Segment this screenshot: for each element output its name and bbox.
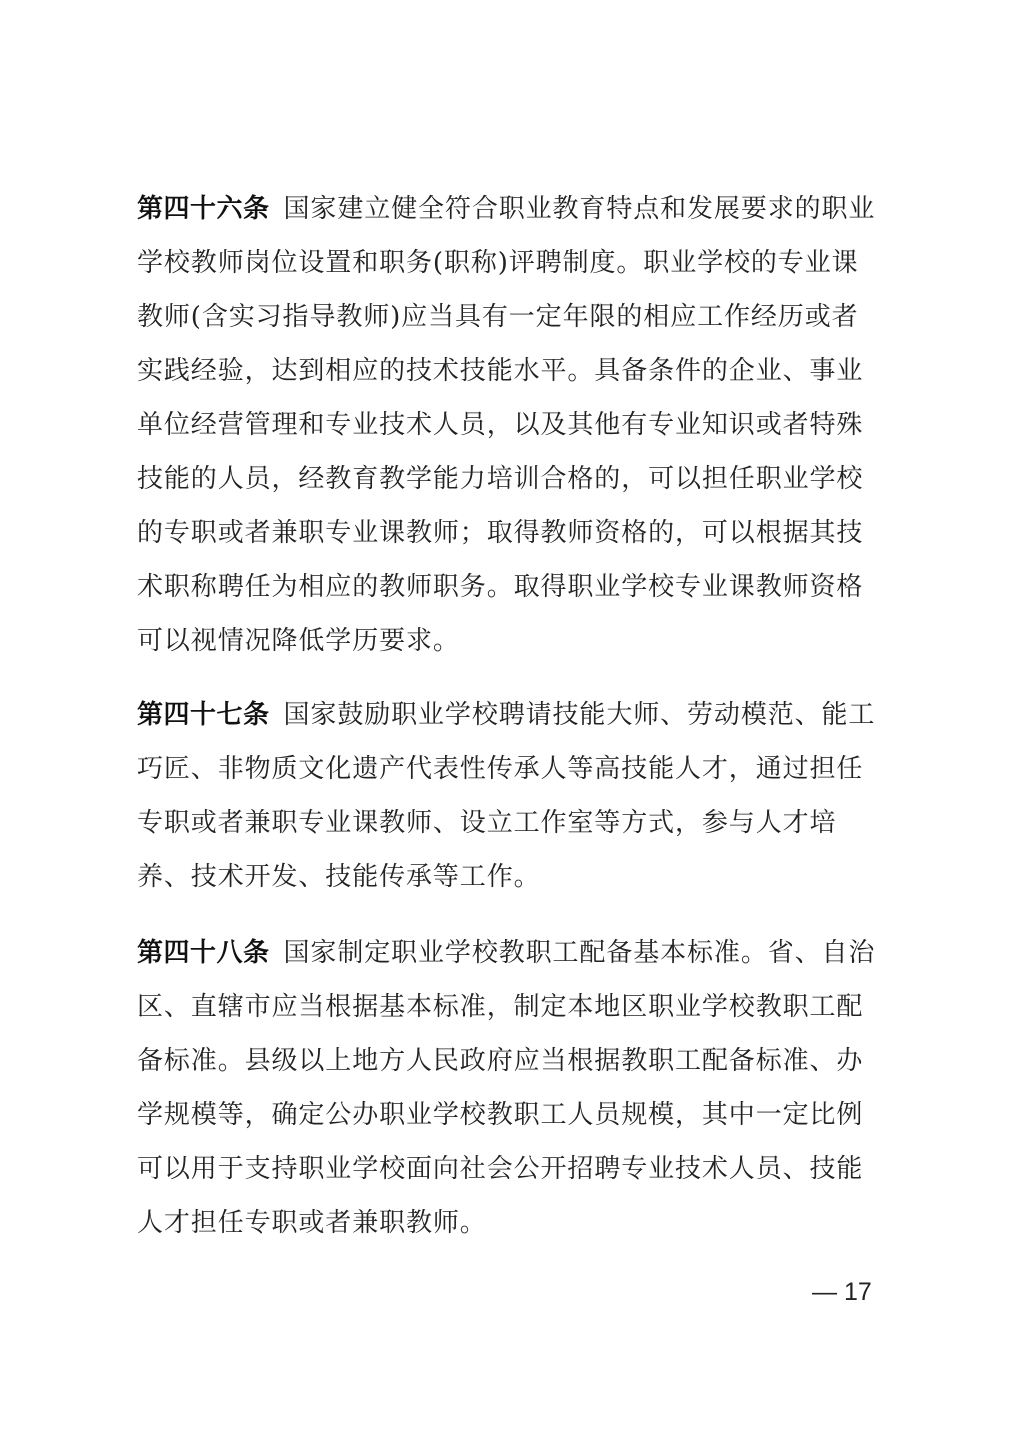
page-number: — 17 — [812, 1278, 872, 1307]
article-line: 可以视情况降低学历要求。 — [137, 614, 897, 668]
article-line: 第四十六条国家建立健全符合职业教育特点和发展要求的职业 — [137, 182, 897, 236]
article-line: 术职称聘任为相应的教师职务。取得职业学校专业课教师资格 — [137, 560, 897, 614]
document-page: 第四十六条国家建立健全符合职业教育特点和发展要求的职业 学校教师岗位设置和职务(… — [0, 0, 1024, 1448]
article-text: 国家制定职业学校教职工配备基本标准。省、自治 — [284, 938, 876, 968]
article-line: 学校教师岗位设置和职务(职称)评聘制度。职业学校的专业课 — [137, 236, 897, 290]
article-line: 单位经营管理和专业技术人员，以及其他有专业知识或者特殊 — [137, 398, 897, 452]
article-line: 第四十七条国家鼓励职业学校聘请技能大师、劳动模范、能工 — [137, 688, 897, 742]
article-title: 第四十六条 — [137, 194, 270, 224]
article-line: 专职或者兼职专业课教师、设立工作室等方式，参与人才培 — [137, 796, 897, 850]
article-47: 第四十七条国家鼓励职业学校聘请技能大师、劳动模范、能工 巧匠、非物质文化遗产代表… — [137, 688, 897, 904]
article-title: 第四十八条 — [137, 938, 270, 968]
article-title: 第四十七条 — [137, 700, 270, 730]
article-line: 人才担任专职或者兼职教师。 — [137, 1196, 897, 1250]
article-line: 的专职或者兼职专业课教师；取得教师资格的，可以根据其技 — [137, 506, 897, 560]
article-line: 养、技术开发、技能传承等工作。 — [137, 850, 897, 904]
article-line: 备标准。县级以上地方人民政府应当根据教职工配备标准、办 — [137, 1034, 897, 1088]
article-text: 国家鼓励职业学校聘请技能大师、劳动模范、能工 — [284, 700, 876, 730]
article-line: 巧匠、非物质文化遗产代表性传承人等高技能人才，通过担任 — [137, 742, 897, 796]
article-line: 实践经验，达到相应的技术技能水平。具备条件的企业、事业 — [137, 344, 897, 398]
article-line: 教师(含实习指导教师)应当具有一定年限的相应工作经历或者 — [137, 290, 897, 344]
article-line: 第四十八条国家制定职业学校教职工配备基本标准。省、自治 — [137, 926, 897, 980]
article-text: 国家建立健全符合职业教育特点和发展要求的职业 — [284, 194, 876, 224]
article-line: 区、直辖市应当根据基本标准，制定本地区职业学校教职工配 — [137, 980, 897, 1034]
article-line: 技能的人员，经教育教学能力培训合格的，可以担任职业学校 — [137, 452, 897, 506]
article-46: 第四十六条国家建立健全符合职业教育特点和发展要求的职业 学校教师岗位设置和职务(… — [137, 182, 897, 668]
article-line: 可以用于支持职业学校面向社会公开招聘专业技术人员、技能 — [137, 1142, 897, 1196]
article-48: 第四十八条国家制定职业学校教职工配备基本标准。省、自治 区、直辖市应当根据基本标… — [137, 926, 897, 1250]
article-line: 学规模等，确定公办职业学校教职工人员规模，其中一定比例 — [137, 1088, 897, 1142]
